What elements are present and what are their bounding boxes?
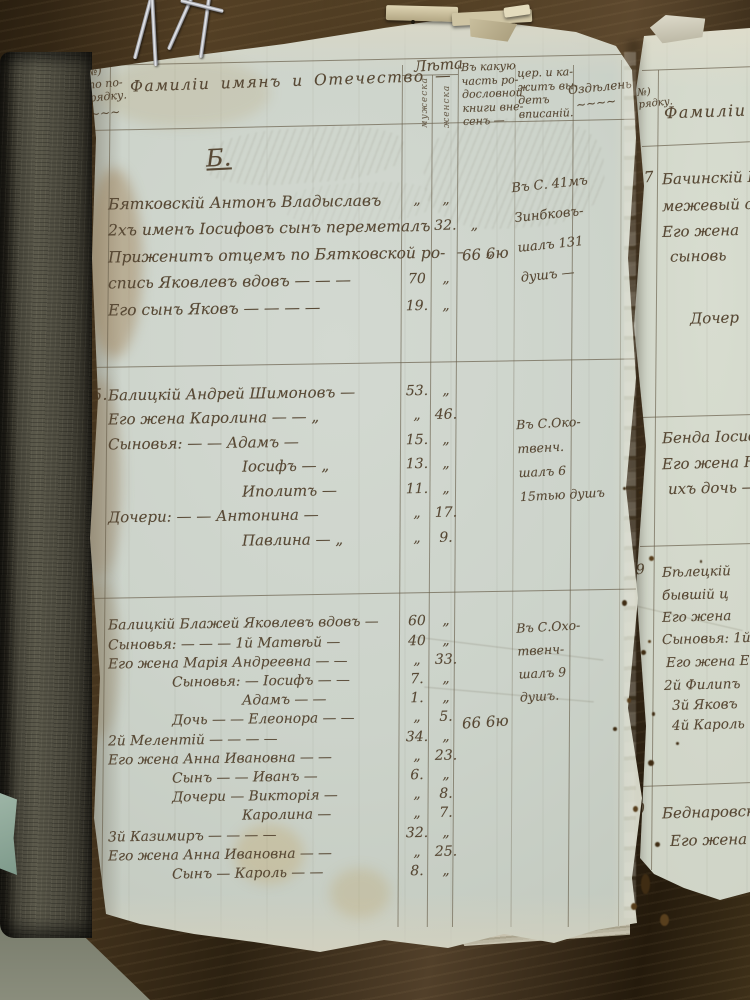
age-male: 40	[402, 632, 432, 648]
age-male: „	[402, 651, 432, 667]
age-male: 11.	[402, 481, 432, 497]
age-male: 19.	[402, 298, 432, 314]
age-female: „	[432, 862, 460, 878]
age-female: 5.	[432, 709, 460, 725]
age-male: 1.	[402, 690, 432, 706]
photo-of-open-ledger-book: №) рядку. Фамиліи 7Бачинскій Вмежевый су…	[0, 0, 750, 1000]
age-female: „	[432, 824, 460, 840]
entry-line-text: Беднаровскій	[662, 802, 750, 823]
age-male: 70	[402, 271, 432, 287]
age-female: 23.	[432, 747, 460, 763]
entry-line-text: Его жена Е	[666, 653, 750, 671]
age-female: „	[432, 766, 460, 782]
entry-line-text: сыновь	[670, 246, 727, 265]
age-male: 7.	[402, 671, 432, 687]
margin-annotation: 66 6ю	[461, 243, 509, 264]
age-female: „	[432, 456, 460, 472]
entry-line-text: Приженитъ отцемъ по Бятковской ро-	[108, 244, 446, 267]
entry-line-text: Бятковскій Антонъ Владыславъ	[108, 191, 402, 213]
age-female: „	[432, 728, 460, 744]
age-male: 60	[402, 613, 432, 629]
left-page-entries: 4Бятковскій Антонъ Владыславъ„„2хъ именъ…	[84, 18, 646, 960]
margin-annotation: 66 6ю	[461, 711, 509, 732]
entry-line-text: Бенда Іосиф	[662, 427, 750, 448]
entry-line-text: Его жена	[662, 608, 732, 626]
entry-line-text: Каролина —	[108, 805, 402, 825]
entry-line-text: Балицкій Андрей Шимоновъ —	[108, 382, 402, 404]
entry-line-text: Его сынъ Яковъ — — — —	[108, 297, 402, 319]
entry-line-text: 2й Филипъ	[664, 676, 741, 694]
age-female: „	[432, 670, 460, 686]
entry-line-text: Балицкій Блажей Яковлевъ вдовъ —	[108, 613, 402, 633]
age-female: „	[432, 383, 460, 399]
entry-line-text: 2хъ именъ Іосифовъ сынъ переметалъ	[108, 217, 431, 239]
age-female: 46.	[432, 407, 460, 423]
age-female: „	[432, 481, 460, 497]
church-annotation: Въ С.Охо- твенч- шалъ 9 душъ.	[516, 613, 585, 708]
church-annotation: Въ С. 41мъ Зинбковъ- шалъ 131 душъ —	[510, 166, 599, 293]
torn-page-edge	[624, 52, 636, 918]
entry-line-text: бывшій ц	[662, 586, 729, 604]
entry-line-text: Его жена Анна Ивановна — —	[108, 748, 402, 768]
age-male: „	[402, 709, 432, 725]
entry-line-text: Сыновья: — — — 1й Матвѣй —	[108, 633, 402, 653]
age-male: „	[402, 805, 432, 821]
entry-line-text: 3й Казимиръ — — — —	[108, 825, 402, 845]
entry-line-text: спись Яковлевъ вдовъ — — —	[108, 271, 402, 293]
age-female: „	[432, 192, 460, 208]
left-page: №) по по- рядку. ∼∼∼ Фамиліи имянъ и Оте…	[84, 18, 646, 960]
entry-line-text: 3й Яковъ	[672, 696, 738, 714]
age-male: 32.	[402, 824, 432, 840]
age-female: 7.	[432, 805, 460, 821]
entry-line-text: Его жена Н	[662, 453, 750, 473]
entry-line-text: Дочер	[690, 308, 740, 327]
entry-line: Павлина — „„9.	[108, 525, 460, 554]
age-male: „	[402, 192, 432, 208]
punch-hole	[411, 20, 415, 24]
entry-line-text: Его жена	[662, 221, 740, 241]
age-female: 9.	[432, 530, 460, 546]
entry-line-text: Бѣлецкій	[662, 563, 731, 581]
entry-line-text: Дочери: — — Антонина —	[108, 505, 402, 527]
entry-line-text: межевый су	[662, 195, 750, 216]
age-female: 17.	[432, 505, 460, 521]
paper-tab	[386, 5, 458, 22]
entry-line-text: ихъ дочь —	[668, 478, 750, 498]
age-female: „	[432, 271, 460, 287]
age-male: „	[402, 843, 432, 859]
entry-line-text: Его жена Анна Ивановна — —	[108, 844, 402, 864]
entry-line-text: Дочь — — Елеонора — —	[108, 709, 402, 729]
age-male: 34.	[402, 728, 432, 744]
entry-line-text: Иполитъ —	[108, 480, 402, 502]
entry-line: Его сынъ Яковъ — — — —19.„	[108, 292, 460, 323]
age-female: „	[432, 689, 460, 705]
entry-line-text: Бачинскій В	[662, 168, 750, 189]
age-female: „	[432, 632, 460, 648]
entry-line-text: Павлина — „	[108, 529, 402, 551]
age-female: „	[432, 298, 460, 314]
age-female: „	[432, 432, 460, 448]
age-male: „	[402, 747, 432, 763]
age-female: „	[460, 218, 488, 234]
entry-line-text: Іосифъ — „	[108, 456, 402, 478]
age-male: 8.	[402, 863, 432, 879]
age-male: 15.	[402, 432, 432, 448]
entry-line-text: Его жена	[670, 830, 748, 850]
entry-line-text: Сынъ — Кароль — —	[108, 863, 402, 883]
entry-line-text: 2й Мелентій — — — —	[108, 729, 402, 749]
age-male: „	[402, 505, 432, 521]
age-male: „	[402, 530, 432, 546]
age-male: „	[402, 407, 432, 423]
age-male: „	[402, 786, 432, 802]
entry-line-text: Его жена Каролина — — „	[108, 407, 402, 429]
entry-line: Сынъ — Кароль — —8.„	[108, 861, 460, 885]
age-female: „	[432, 613, 460, 629]
entry-line-text: Его жена Марія Андреевна — —	[108, 652, 402, 672]
age-male: 32.	[430, 218, 460, 234]
church-annotation: Въ С.Око- твенч. шалъ 6 15тью душъ	[516, 409, 606, 509]
age-male: 6.	[402, 767, 432, 783]
entry-line-text: 4й Кароль	[672, 716, 745, 734]
age-male: 13.	[402, 456, 432, 472]
age-female: 8.	[432, 785, 460, 801]
age-male: 53.	[402, 383, 432, 399]
entry-line-text: Сыновья: 1й	[662, 630, 750, 648]
age-female: 25.	[432, 843, 460, 859]
entry-line-text: Сыновья: — — Адамъ —	[108, 431, 402, 453]
age-female: 33.	[432, 651, 460, 667]
